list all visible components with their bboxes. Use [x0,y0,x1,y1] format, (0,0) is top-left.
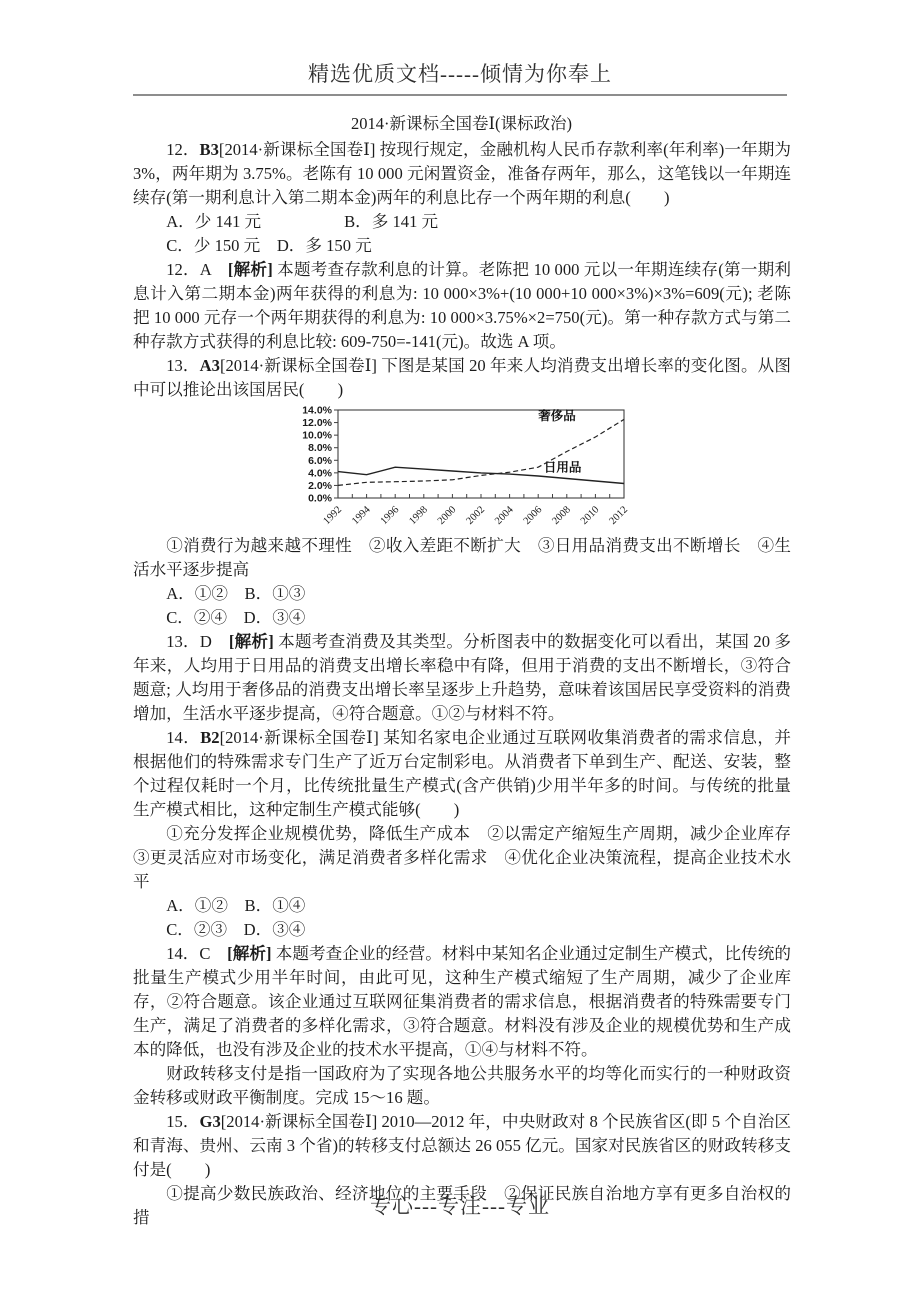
page-header: 精选优质文档-----倾情为你奉上 [0,58,920,88]
y-axis-label: 2.0% [308,480,333,492]
option-line: A．①② B．①④ [133,894,791,918]
x-axis-label: 1996 [379,504,402,527]
y-axis-label: 12.0% [302,417,332,429]
option-line: C．②③ D．③④ [133,918,791,942]
text-run: C．②③ D．③④ [166,920,305,939]
y-axis-label: 6.0% [308,455,333,467]
y-axis-label: 10.0% [302,430,332,442]
bold-run: B2 [200,728,219,747]
bold-run: [解析] [229,632,274,651]
paragraph: ①消费行为越来越不理性 ②收入差距不断扩大 ③日用品消费支出不断增长 ④生活水平… [133,534,791,582]
document-page: 精选优质文档-----倾情为你奉上 2014·新课标全国卷Ⅰ(课标政治) 12．… [0,0,920,1302]
series-label-日用品: 日用品 [544,461,582,475]
paragraph: 14．B2[2014·新课标全国卷Ⅰ] 某知名家电企业通过互联网收集消费者的需求… [133,726,791,822]
text-run: 15． [166,1112,199,1131]
document-title: 2014·新课标全国卷Ⅰ(课标政治) [133,110,790,134]
paragraph: 12．B3[2014·新课标全国卷Ⅰ] 按现行规定，金融机构人民币存款利率(年利… [133,138,791,210]
chart-block: 0.0%2.0%4.0%6.0%8.0%10.0%12.0%14.0%19921… [133,404,791,532]
text-run: 13．D [166,632,229,651]
text-run: [2014·新课标全国卷Ⅰ] 下图是某国 20 年来人均消费支出增长率的变化图。… [133,356,791,399]
text-run: 14． [166,728,200,747]
text-run: 财政转移支付是指一国政府为了实现各地公共服务水平的均等化而实行的一种财政资金转移… [133,1064,791,1107]
y-axis-label: 0.0% [308,493,333,505]
text-run: [2014·新课标全国卷Ⅰ] 某知名家电企业通过互联网收集消费者的需求信息，并根… [133,728,791,819]
text-run: 14．C [166,944,227,963]
x-axis-label: 2002 [464,504,487,527]
bold-run: B3 [200,140,219,159]
y-axis-label: 8.0% [308,442,333,454]
text-run: C．②④ D．③④ [166,608,305,627]
paragraph: ①充分发挥企业规模优势，降低生产成本 ②以需定产缩短生产周期，减少企业库存 ③更… [133,822,791,894]
text-run: A．①② B．①③ [166,584,305,603]
text-run: A．①② B．①④ [166,896,305,915]
paragraph: 14．C [解析] 本题考查企业的经营。材料中某知名企业通过定制生产模式，比传统… [133,942,791,1062]
paragraph: 12．A [解析] 本题考查存款利息的计算。老陈把 10 000 元以一年期连续… [133,258,791,354]
document-body: 12．B3[2014·新课标全国卷Ⅰ] 按现行规定，金融机构人民币存款利率(年利… [133,138,791,1230]
paragraph: 13．D [解析] 本题考查消费及其类型。分析图表中的数据变化可以看出，某国 2… [133,630,791,726]
y-axis-label: 4.0% [308,467,333,479]
y-axis-label: 14.0% [302,405,332,417]
chart-plot-area [338,410,624,498]
x-axis-label: 1998 [407,504,430,527]
text-run: 13． [166,356,199,375]
bold-run: [解析] [227,944,271,963]
option-line: A．①② B．①③ [133,582,791,606]
series-line-奢侈品 [338,419,624,485]
text-run: [2014·新课标全国卷Ⅰ] 2010—2012 年，中央财政对 8 个民族省区… [133,1112,791,1179]
bold-run: [解析] [228,260,273,279]
x-axis-label: 2012 [607,504,630,527]
text-run: ①消费行为越来越不理性 ②收入差距不断扩大 ③日用品消费支出不断增长 ④生活水平… [133,536,791,579]
x-axis-label: 1994 [350,504,373,527]
text-run: 12．A [166,260,228,279]
series-label-奢侈品: 奢侈品 [538,408,576,423]
x-axis-label: 2004 [493,504,516,527]
option-line: C．少 150 元 D．多 150 元 [133,234,791,258]
x-axis-label: 2008 [550,504,573,527]
text-run: [2014·新课标全国卷Ⅰ] 按现行规定，金融机构人民币存款利率(年利率)一年期… [133,140,791,207]
text-run: 12． [166,140,199,159]
bold-run: A3 [200,356,220,375]
option-line: C．②④ D．③④ [133,606,791,630]
paragraph: 13．A3[2014·新课标全国卷Ⅰ] 下图是某国 20 年来人均消费支出增长率… [133,354,791,402]
text-run: A．少 141 元 B．多 141 元 [166,212,438,231]
x-axis-label: 1992 [321,504,344,527]
consumption-growth-chart: 0.0%2.0%4.0%6.0%8.0%10.0%12.0%14.0%19921… [288,404,636,532]
text-run: ①充分发挥企业规模优势，降低生产成本 ②以需定产缩短生产周期，减少企业库存 ③更… [133,824,808,891]
paragraph: 财政转移支付是指一国政府为了实现各地公共服务水平的均等化而实行的一种财政资金转移… [133,1062,791,1110]
page-footer: 专心---专注---专业 [0,1190,920,1220]
paragraph: 15．G3[2014·新课标全国卷Ⅰ] 2010—2012 年，中央财政对 8 … [133,1110,791,1182]
bold-run: G3 [200,1112,221,1131]
header-divider [133,94,787,96]
text-run: C．少 150 元 D．多 150 元 [166,236,372,255]
x-axis-label: 2000 [436,504,459,527]
option-line: A．少 141 元 B．多 141 元 [133,210,791,234]
x-axis-label: 2006 [522,504,545,527]
x-axis-label: 2010 [579,504,602,527]
